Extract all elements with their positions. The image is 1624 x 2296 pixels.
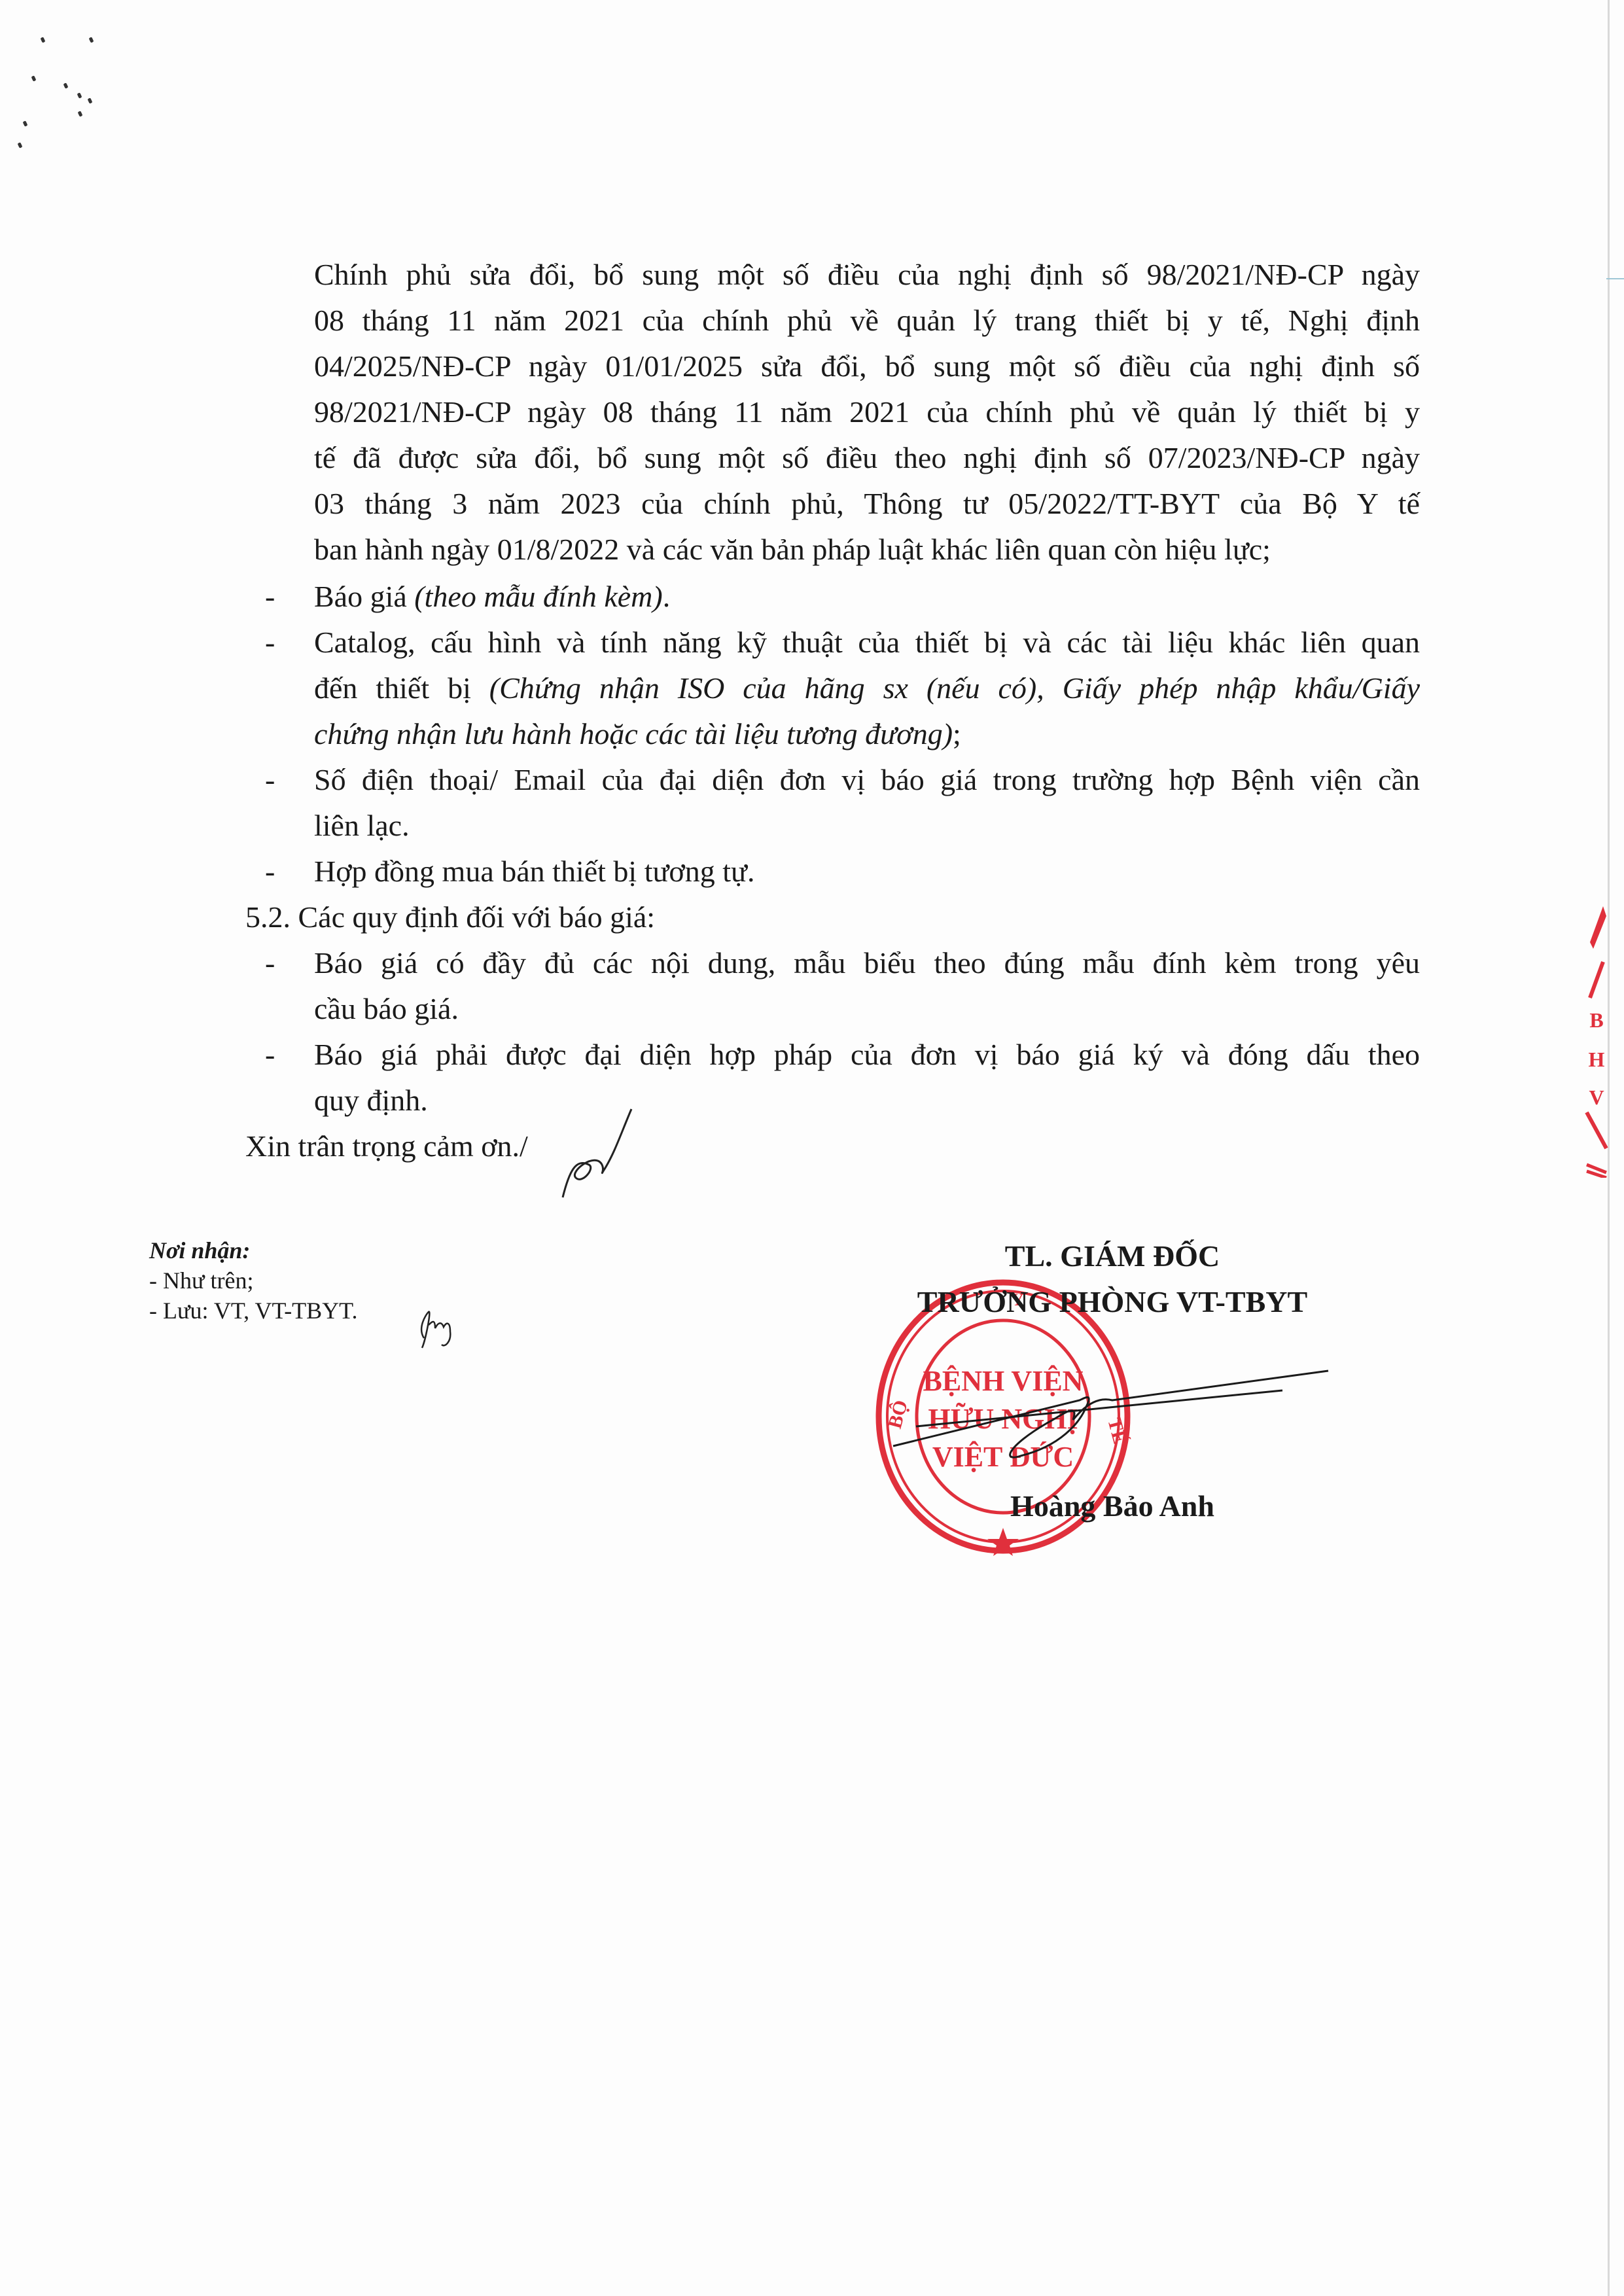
list-item-continuation: cầu báo giá. — [314, 991, 459, 1026]
text-line: tế đã được sửa đổi, bổ sung một số điều … — [314, 440, 1420, 475]
list-item: Báo giá phải được đại diện hợp pháp của … — [314, 1037, 1420, 1072]
bullet-dash: - — [265, 762, 275, 797]
section-heading-5-2: 5.2. Các quy định đối với báo giá: — [245, 900, 655, 934]
bullet-dash: - — [265, 579, 275, 614]
recipients-block: Nơi nhận: - Như trên; - Lưu: VT, VT-TBYT… — [149, 1235, 358, 1326]
list-item-continuation: liên lạc. — [314, 808, 410, 843]
text-line: 04/2025/NĐ-CP ngày 01/01/2025 sửa đổi, b… — [314, 349, 1420, 383]
list-item: Hợp đồng mua bán thiết bị tương tự. — [314, 854, 754, 889]
list-item-continuation: đến thiết bị (Chứng nhận ISO của hãng sx… — [314, 671, 1420, 705]
text-line: 03 tháng 3 năm 2023 của chính phủ, Thông… — [314, 486, 1420, 521]
bullet-dash: - — [265, 625, 275, 660]
text-line: 08 tháng 11 năm 2021 của chính phủ về qu… — [314, 303, 1420, 338]
text-line: Chính phủ sửa đổi, bổ sung một số điều c… — [314, 257, 1420, 292]
list-item-continuation: quy định. — [314, 1083, 428, 1118]
page-seal-fragment-icon: B H V — [1583, 903, 1610, 1178]
list-item-continuation: chứng nhận lưu hành hoặc các tài liệu tư… — [314, 716, 961, 751]
list-item: Catalog, cấu hình và tính năng kỹ thuật … — [314, 625, 1420, 660]
svg-text:B: B — [1589, 1008, 1603, 1032]
signature-title-line2: TRƯỞNG PHÒNG VT-TBYT — [851, 1284, 1374, 1319]
recipient-item: - Lưu: VT, VT-TBYT. — [149, 1296, 358, 1326]
recipients-title: Nơi nhận: — [149, 1235, 358, 1265]
recipient-item: - Như trên; — [149, 1265, 358, 1296]
svg-text:V: V — [1589, 1086, 1604, 1109]
svg-text:H: H — [1589, 1048, 1605, 1071]
scan-edge-mark — [1606, 278, 1624, 279]
clerk-initial-icon — [412, 1302, 458, 1354]
list-item: Báo giá có đầy đủ các nội dung, mẫu biểu… — [314, 945, 1420, 980]
bullet-dash: - — [265, 945, 275, 980]
bullet-dash: - — [265, 1037, 275, 1072]
signer-name: Hoàng Bảo Anh — [851, 1489, 1374, 1523]
signature-title-line1: TL. GIÁM ĐỐC — [851, 1239, 1374, 1273]
text-line: 98/2021/NĐ-CP ngày 08 tháng 11 năm 2021 … — [314, 395, 1420, 429]
document-page: Chính phủ sửa đổi, bổ sung một số điều c… — [0, 0, 1624, 2296]
list-item: Số điện thoại/ Email của đại diện đơn vị… — [314, 762, 1420, 797]
bullet-dash: - — [265, 854, 275, 889]
director-signature-icon — [890, 1361, 1348, 1492]
closing-line: Xin trân trọng cảm ơn./ — [245, 1129, 528, 1163]
text-line: ban hành ngày 01/8/2022 và các văn bản p… — [314, 532, 1271, 567]
list-item: Báo giá (theo mẫu đính kèm). — [314, 579, 670, 614]
initial-signature-icon — [550, 1106, 641, 1210]
